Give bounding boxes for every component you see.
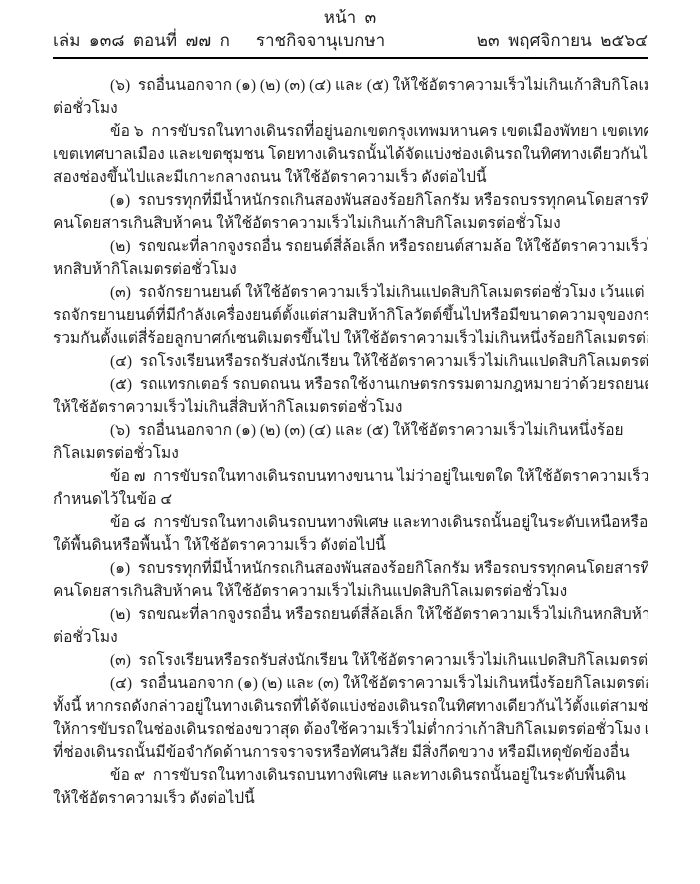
body-text-line: กิโลเมตรต่อชั่วโมง [53,442,648,465]
document-body: (๖) รถอื่นนอกจาก (๑) (๒) (๓) (๔) และ (๕)… [53,74,648,810]
body-text-line: ข้อ ๙ การขับรถในทางเดินรถบนทางพิเศษ และท… [53,764,648,787]
body-text-line: (๖) รถอื่นนอกจาก (๑) (๒) (๓) (๔) และ (๕)… [53,419,648,442]
header-divider [53,57,648,59]
body-text-line: คนโดยสารเกินสิบห้าคน ให้ใช้อัตราความเร็ว… [53,212,648,235]
body-text-line: ทั้งนี้ หากรถดังกล่าวอยู่ในทางเดินรถที่ไ… [53,695,648,718]
gazette-title: ราชกิจจานุเบกษา [256,30,445,52]
page-number-label: หน้า ๓ [0,0,700,29]
body-text-line: รถจักรยานยนต์ที่มีกำลังเครื่องยนต์ตั้งแต… [53,304,648,327]
body-text-line: (๔) รถโรงเรียนหรือรถรับส่งนักเรียน ให้ใช… [53,350,648,373]
body-text-line: (๒) รถขณะที่ลากจูงรถอื่น รถยนต์สี่ล้อเล็… [53,235,648,258]
body-text-line: กำหนดไว้ในข้อ ๔ [53,488,648,511]
body-text-line: ข้อ ๘ การขับรถในทางเดินรถบนทางพิเศษ และท… [53,511,648,534]
body-text-line: (๔) รถอื่นนอกจาก (๑) (๒) และ (๓) ให้ใช้อ… [53,672,648,695]
body-text-line: ข้อ ๖ การขับรถในทางเดินรถที่อยู่นอกเขตกร… [53,120,648,143]
body-text-line: รวมกันตั้งแต่สี่ร้อยลูกบาศก์เซนติเมตรขึ้… [53,327,648,350]
body-text-line: ต่อชั่วโมง [53,97,648,120]
document-page: หน้า ๓ เล่ม ๑๓๘ ตอนที่ ๗๗ ก ราชกิจจานุเบ… [0,0,700,884]
body-text-line: (๓) รถจักรยานยนต์ ให้ใช้อัตราความเร็วไม่… [53,281,648,304]
body-text-line: หกสิบห้ากิโลเมตรต่อชั่วโมง [53,258,648,281]
volume-issue-label: เล่ม ๑๓๘ ตอนที่ ๗๗ ก [53,30,256,52]
body-text-line: เขตเทศบาลเมือง และเขตชุมชน โดยทางเดินรถน… [53,143,648,166]
body-text-line: (๑) รถบรรทุกที่มีน้ำหนักรถเกินสองพันสองร… [53,557,648,580]
body-text-line: (๓) รถโรงเรียนหรือรถรับส่งนักเรียน ให้ใช… [53,649,648,672]
body-text-line: (๖) รถอื่นนอกจาก (๑) (๒) (๓) (๔) และ (๕)… [53,74,648,97]
body-text-line: (๑) รถบรรทุกที่มีน้ำหนักรถเกินสองพันสองร… [53,189,648,212]
body-text-line: ใต้พื้นดินหรือพื้นน้ำ ให้ใช้อัตราความเร็… [53,534,648,557]
body-text-line: ที่ช่องเดินรถนั้นมีข้อจำกัดด้านการจราจรห… [53,741,648,764]
body-text-line: คนโดยสารเกินสิบห้าคน ให้ใช้อัตราความเร็ว… [53,580,648,603]
body-text-line: (๒) รถขณะที่ลากจูงรถอื่น หรือรถยนต์สี่ล้… [53,603,648,626]
body-text-line: ข้อ ๗ การขับรถในทางเดินรถบนทางขนาน ไม่ว่… [53,465,648,488]
body-text-line: (๕) รถแทรกเตอร์ รถบดถนน หรือรถใช้งานเกษต… [53,373,648,396]
body-text-line: ให้การขับรถในช่องเดินรถช่องขวาสุด ต้องใช… [53,718,648,741]
publication-date: ๒๓ พฤศจิกายน ๒๕๖๔ [445,30,648,52]
body-text-line: ต่อชั่วโมง [53,626,648,649]
body-text-line: ให้ใช้อัตราความเร็ว ดังต่อไปนี้ [53,787,648,810]
page-header: เล่ม ๑๓๘ ตอนที่ ๗๗ ก ราชกิจจานุเบกษา ๒๓ … [53,30,648,52]
body-text-line: ให้ใช้อัตราความเร็วไม่เกินสี่สิบห้ากิโลเ… [53,396,648,419]
body-text-line: สองช่องขึ้นไปและมีเกาะกลางถนน ให้ใช้อัตร… [53,166,648,189]
